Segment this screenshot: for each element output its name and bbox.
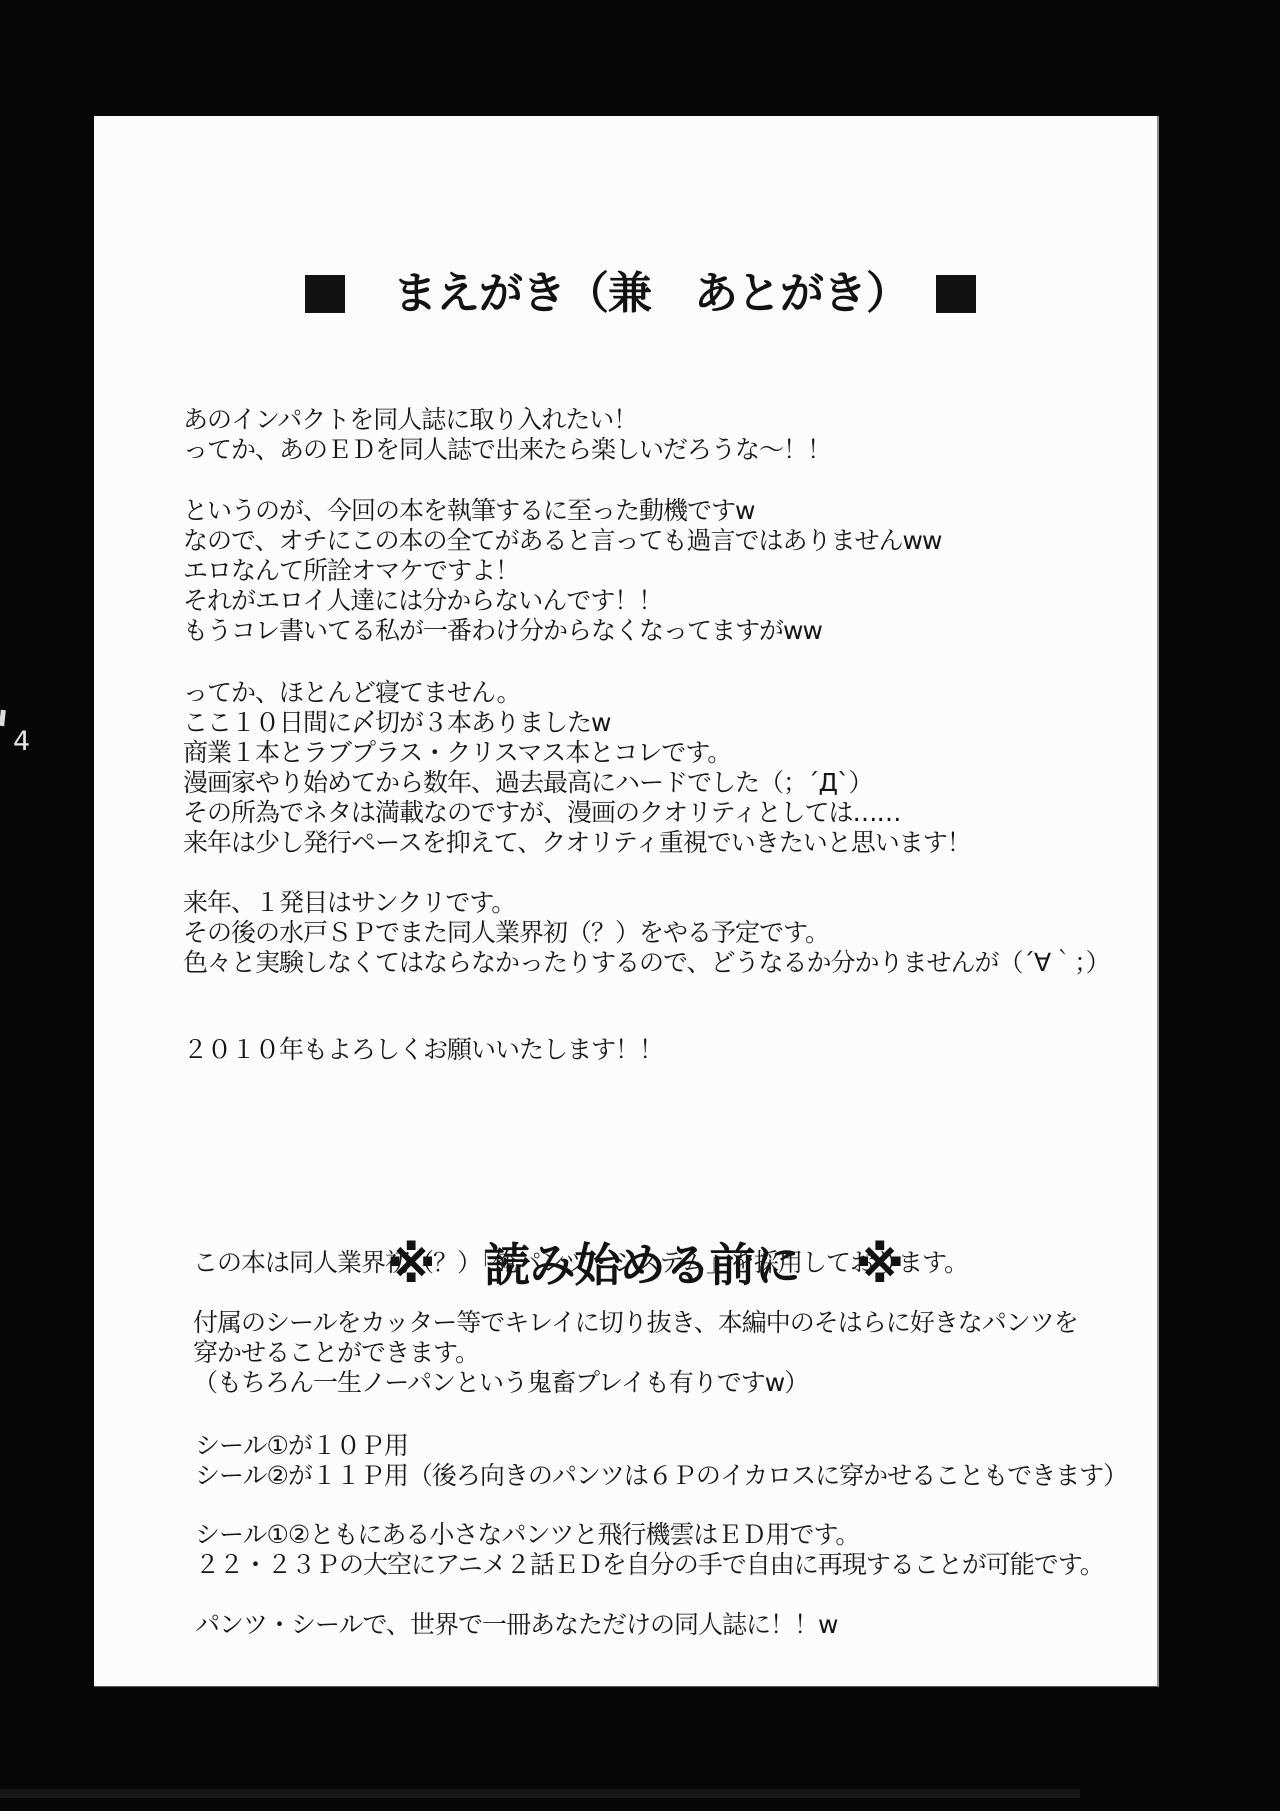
text-line: ってか、あのＥＤを同人誌で出来たら楽しいだろうな～！！ <box>183 435 831 465</box>
foreword-paragraph-motive-detail: というのが、今回の本を執筆するに至った動機ですwなので、オチにこの本の全てがある… <box>183 496 941 646</box>
text-line: ２０１０年もよろしくお願いいたします！！ <box>183 1035 663 1065</box>
text-line: その所為でネタは満載なのですが、漫画のクオリティとしては…… <box>183 798 971 828</box>
scan-bottom-artifact <box>0 1789 1080 1798</box>
text-line: 色々と実験しなくてはならなかったりするので、どうなるか分かりませんが（´∀｀；） <box>183 948 1110 978</box>
text-line: 来年、１発目はサンクリです。 <box>183 888 1110 918</box>
foreword-paragraph-deadlines: ってか、ほとんど寝てません。ここ１０日間に〆切が３本ありましたw商業１本とラブプ… <box>183 678 971 858</box>
text-line: シール①②ともにある小さなパンツと飛行機雲はＥＤ用です。 <box>195 1520 1104 1550</box>
foreword-paragraph-greeting-2010: ２０１０年もよろしくお願いいたします！！ <box>183 1035 663 1065</box>
text-line: シール①が１０Ｐ用 <box>195 1431 1127 1461</box>
text-line: （もちろん一生ノーパンという鬼畜プレイも有りですw） <box>193 1368 1078 1398</box>
text-line: 付属のシールをカッター等でキレイに切り抜き、本編中のそはらに好きなパンツを <box>193 1308 1078 1338</box>
text-line: その後の水戸ＳＰでまた同人業界初（？）をやる予定です。 <box>183 918 1110 948</box>
foreword-paragraph-next-year: 来年、１発目はサンクリです。その後の水戸ＳＰでまた同人業界初（？）をやる予定です… <box>183 888 1110 978</box>
section2-paragraph-sticker-howto: 付属のシールをカッター等でキレイに切り抜き、本編中のそはらに好きなパンツを穿かせ… <box>193 1308 1078 1398</box>
text-line: なので、オチにこの本の全てがあると言っても過言ではありませんww <box>183 526 941 556</box>
page-title: まえがき（兼 あとがき） <box>305 272 976 316</box>
section2-paragraph-sticker-pages: シール①が１０Ｐ用シール②が１１Ｐ用（後ろ向きのパンツは６Ｐのイカロスに穿かせる… <box>195 1431 1127 1491</box>
scanned-page: まえがき（兼 あとがき） あのインパクトを同人誌に取り入れたい！ってか、あのＥＤ… <box>94 116 1159 1687</box>
text-line: ここ１０日間に〆切が３本ありましたw <box>183 708 971 738</box>
text-line: 商業１本とラブプラス・クリスマス本とコレです。 <box>183 738 971 768</box>
text-line: ってか、ほとんど寝てません。 <box>183 678 971 708</box>
page-title-text: まえがき（兼 あとがき） <box>393 272 909 316</box>
text-line: パンツ・シールで、世界で一冊あなただけの同人誌に！！w <box>195 1610 837 1640</box>
text-line: 穿かせることができます。 <box>193 1338 1078 1368</box>
text-line: それがエロイ人達には分からないんです！！ <box>183 586 941 616</box>
section2-paragraph-system-intro: この本は同人業界初（？）「俺パンツ・システム」を採用しております。 <box>193 1248 968 1278</box>
foreword-paragraph-motive-intro: あのインパクトを同人誌に取り入れたい！ってか、あのＥＤを同人誌で出来たら楽しいだ… <box>183 405 831 465</box>
text-line: この本は同人業界初（？）「俺パンツ・システム」を採用しております。 <box>193 1248 968 1278</box>
text-line: あのインパクトを同人誌に取り入れたい！ <box>183 405 831 435</box>
scan-background: 4 まえがき（兼 あとがき） あのインパクトを同人誌に取り入れたい！ってか、あの… <box>0 0 1280 1811</box>
text-line: シール②が１１Ｐ用（後ろ向きのパンツは６Ｐのイカロスに穿かせることもできます） <box>195 1461 1127 1491</box>
text-line: 漫画家やり始めてから数年、過去最高にハードでした（；´Д`） <box>183 768 971 798</box>
page-number: 4 <box>13 728 30 755</box>
section2-paragraph-ed-recreate: シール①②ともにある小さなパンツと飛行機雲はＥＤ用です。２２・２３Ｐの大空にアニ… <box>195 1520 1104 1580</box>
title-square-icon <box>936 275 976 313</box>
title-square-icon <box>305 275 345 313</box>
text-line: 来年は少し発行ペースを抑えて、クオリティ重視でいきたいと思います！ <box>183 828 971 858</box>
text-line: ２２・２３Ｐの大空にアニメ２話ＥＤを自分の手で自由に再現することが可能です。 <box>195 1550 1104 1580</box>
text-line: もうコレ書いてる私が一番わけ分からなくなってますがww <box>183 616 941 646</box>
text-line: というのが、今回の本を執筆するに至った動機ですw <box>183 496 941 526</box>
section2-paragraph-closing: パンツ・シールで、世界で一冊あなただけの同人誌に！！w <box>195 1610 837 1640</box>
text-line: エロなんて所詮オマケですよ！ <box>183 556 941 586</box>
scan-edge-artifact <box>0 710 6 726</box>
